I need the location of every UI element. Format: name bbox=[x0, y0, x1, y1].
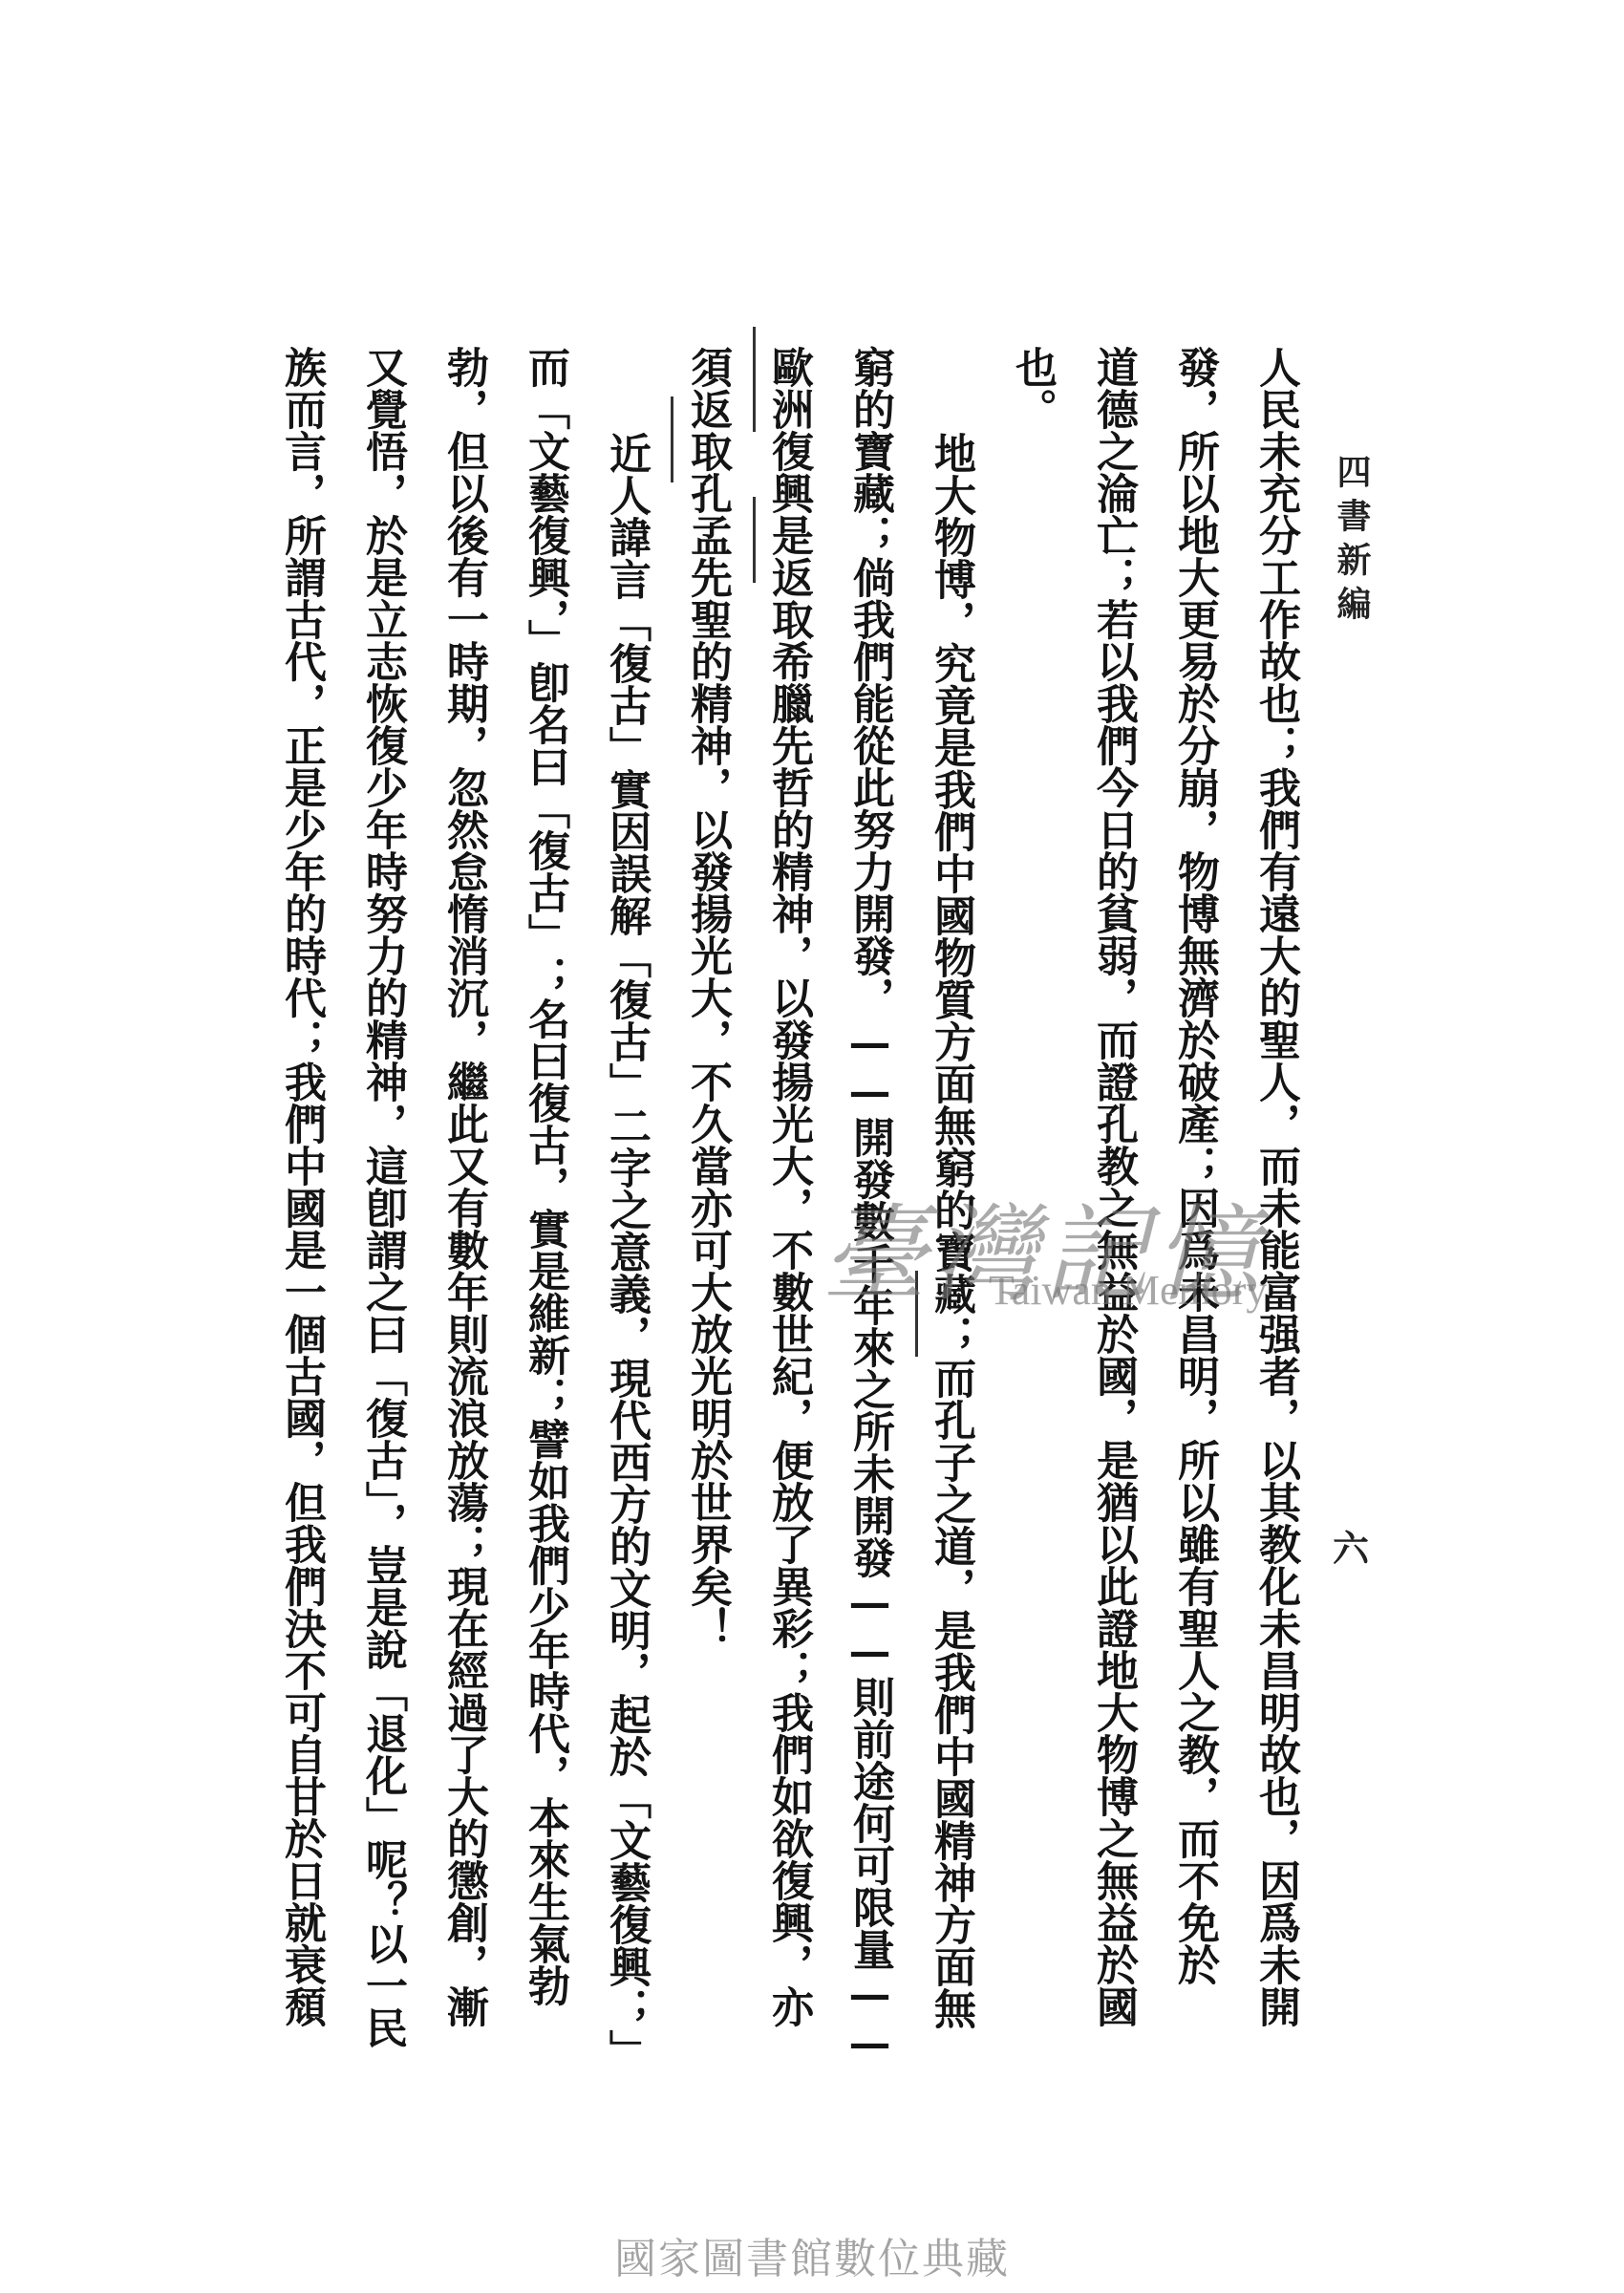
text-column-1: 人民未充分工作故也；我們有遠大的聖人，而未能富强者，以其教化未昌明故也，因爲未開 bbox=[1247, 346, 1304, 2027]
scanned-book-page: 四書新編 六 人民未充分工作故也；我們有遠大的聖人，而未能富强者，以其教化未昌明… bbox=[0, 0, 1624, 2293]
text-column-5: 地大物博，究竟是我們中國物質方面無窮的寶藏；而孔子之道，是我們中國精神方面無 bbox=[922, 432, 979, 2029]
running-title: 四書新編 bbox=[1333, 454, 1371, 630]
text-column-10: 而「文藝復興，」卽名曰「復古」；名曰復古，實是維新；譬如我們少年時代，本來生氣勃 bbox=[516, 346, 573, 2006]
proper-noun-mark bbox=[671, 396, 673, 482]
text-column-9: 近人諱言「復古」實因誤解「復古」二字之意義，現代西方的文明，起於「文藝復興；」 bbox=[597, 432, 654, 2071]
text-column-13: 族而言，所謂古代，正是少年的時代；我們中國是一個古國，但我們決不可自甘於日就衰頹 bbox=[272, 346, 330, 2027]
page-number: 六 bbox=[1333, 1519, 1369, 1572]
text-column-6: 窮的寶藏；倘我們能從此努力開發，——開發數千年來之所未開發——則前途何可限量—— bbox=[841, 346, 898, 2068]
text-column-3: 道德之淪亡；若以我們今日的貧弱，而證孔教之無益於國，是猶以此證地大物博之無益於國 bbox=[1084, 346, 1142, 2027]
text-column-11: 勃，但以後有一時期，忽然怠惰消沉，繼此又有數年則流浪放蕩；現在經過了大的懲創，漸 bbox=[435, 346, 492, 2027]
library-footer: 國家圖書館數位典藏 bbox=[602, 2224, 1022, 2285]
proper-noun-mark bbox=[753, 327, 756, 432]
text-column-12: 又覺悟，於是立志恢復少年時努力的精神，這卽謂之曰「復古」，豈是說「退化」呢？以一… bbox=[353, 346, 411, 2048]
proper-noun-mark bbox=[915, 1271, 918, 1357]
text-column-4: 也。 bbox=[1003, 346, 1060, 430]
text-column-2: 發，所以地大更易於分崩，物博無濟於破產；因爲未昌明，所以雖有聖人之教，而不免於 bbox=[1165, 346, 1223, 1985]
proper-noun-mark bbox=[753, 497, 756, 583]
text-column-7: 歐洲復興是返取希臘先哲的精神，以發揚光大，不數世紀，便放了異彩；我們如欲復興，亦 bbox=[759, 346, 817, 2027]
text-column-8: 須返取孔孟先聖的精神，以發揚光大，不久當亦可大放光明於世界矣！ bbox=[678, 346, 736, 1649]
